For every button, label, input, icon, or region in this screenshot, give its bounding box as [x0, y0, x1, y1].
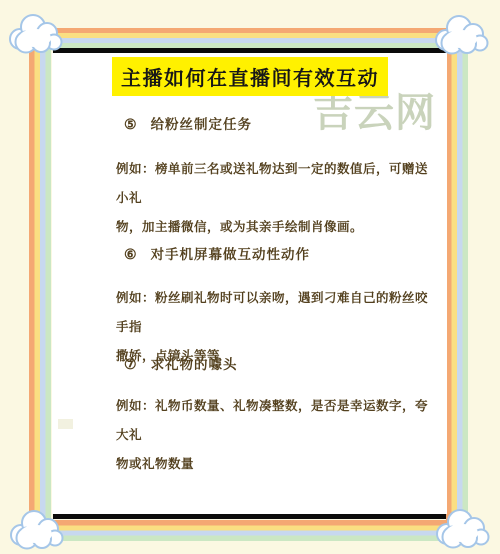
- circled-number: ⑥: [124, 247, 138, 265]
- page-title: 主播如何在直播间有效互动: [112, 57, 388, 96]
- rainbow-border-left: [29, 28, 51, 541]
- cloud-icon: [431, 507, 493, 551]
- section-heading-text: 求礼物的噱头: [151, 357, 238, 372]
- cloud-icon: [430, 13, 492, 57]
- rainbow-border-bottom: [28, 520, 470, 541]
- section-heading-5: ⑤给粉丝制定任务: [124, 116, 252, 135]
- section-example-5: 例如：榜单前三名或送礼物达到一定的数值后，可赠送小礼 物，加主播微信，或为其亲手…: [116, 155, 440, 242]
- cloud-icon: [5, 508, 67, 552]
- section-heading-text: 对手机屏幕做互动性动作: [151, 247, 311, 262]
- example-line: 物，加主播微信，或为其亲手绘制肖像画。: [116, 213, 440, 242]
- poster-page: { "colors": { "cream": "#FBF8E2", "orang…: [0, 0, 500, 554]
- cloud-icon: [4, 12, 66, 56]
- example-line: 物或礼物数量: [116, 450, 440, 479]
- faint-smudge: [58, 419, 73, 429]
- black-rule-bottom: [53, 514, 446, 519]
- rainbow-border-right: [446, 28, 468, 541]
- section-heading-7: ⑦求礼物的噱头: [124, 356, 238, 375]
- example-line: 例如：礼物币数量、礼物凑整数，是否是幸运数字，夸大礼: [116, 392, 440, 450]
- example-line: 例如：粉丝刷礼物时可以亲吻，遇到刁难自己的粉丝咬手指: [116, 284, 440, 342]
- section-heading-text: 给粉丝制定任务: [151, 117, 253, 132]
- section-example-7: 例如：礼物币数量、礼物凑整数，是否是幸运数字，夸大礼 物或礼物数量: [116, 392, 440, 479]
- circled-number: ⑤: [124, 117, 138, 135]
- watermark-logo: 吉云网: [313, 93, 436, 133]
- example-line: 例如：榜单前三名或送礼物达到一定的数值后，可赠送小礼: [116, 155, 440, 213]
- circled-number: ⑦: [124, 357, 138, 375]
- rainbow-border-top: [28, 28, 470, 48]
- section-heading-6: ⑥对手机屏幕做互动性动作: [124, 246, 310, 265]
